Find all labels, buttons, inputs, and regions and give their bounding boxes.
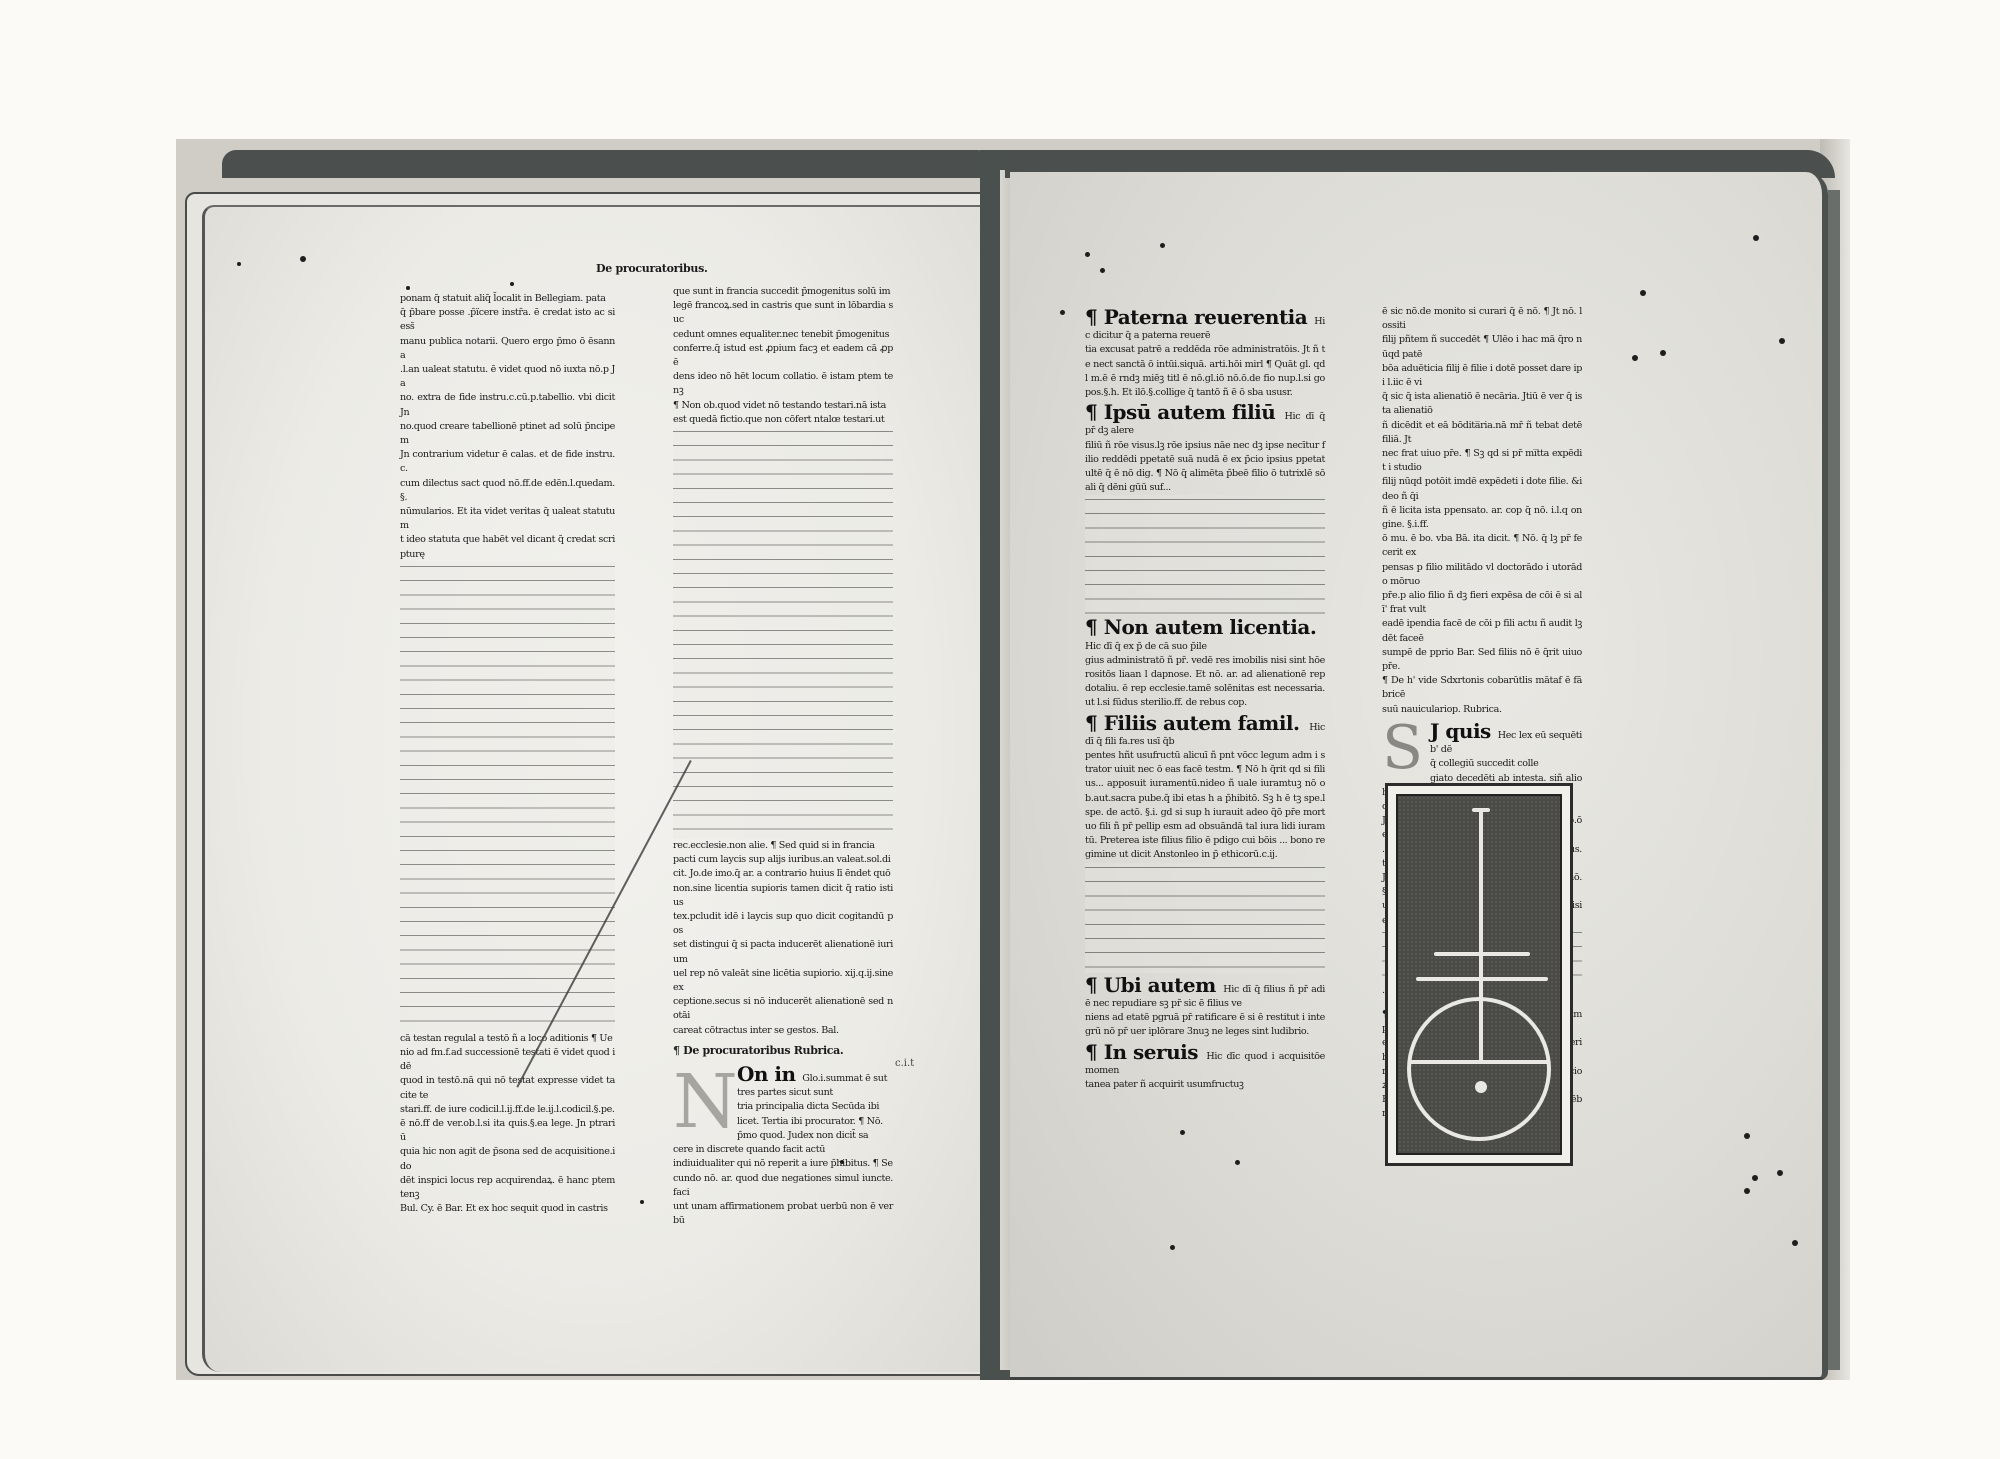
incipit: J quis [1430, 719, 1491, 743]
text-line: .l.an ualeat statutu. ē videt quod nō iu… [400, 363, 615, 391]
text-line: pr̄e.p alio filio ñ dꝫ fieri expēsa de c… [1382, 589, 1582, 617]
gloss-body: tanea pater ñ acquirit usumfructuꝫ [1085, 1078, 1325, 1092]
running-head: De procuratoribus. [596, 262, 708, 275]
text-line: cedunt omnes equaliter.nec tenebit p̄mog… [673, 328, 893, 342]
text-line: legē francoꝝ.sed in castris que sunt in … [673, 299, 893, 327]
left-page-column-1: ponam q̄ statuit aliq̄ l̄ocalit in Belle… [400, 292, 615, 1217]
lemma-heading: ¶ Ipsū autem filiū [1085, 400, 1275, 424]
lemma-heading: ¶ Filiis autem famil. [1085, 711, 1299, 735]
text-line: nūmularios. Et ita videt veritas q̄ uale… [400, 505, 615, 533]
gloss-body: niens ad etatē pgruā pr̄ ratificare ē si… [1085, 1011, 1325, 1039]
text-line: Jn contrarium videtur ē calas. et de fid… [400, 448, 615, 476]
right-page-column-1: ¶ Paterna reuerentia Hic dicitur q̄ a pa… [1085, 305, 1325, 1092]
text-line: pensas p filio militādo vl doctorādo i u… [1382, 561, 1582, 589]
gloss-lead: Hic dī q̄ ex p̄ de cā suo p̄ile [1085, 641, 1207, 652]
text-line: q̄ p̄bare posse .p̄ïcere instr̄a. ē cred… [400, 306, 615, 334]
gloss-entry: ¶ Non autem licentia. Hic dī q̄ ex p̄ de… [1085, 615, 1325, 710]
text-line: indiuidualiter qui nō reperit a iure p̄h… [673, 1157, 893, 1171]
pilcrow-icon: ¶ [673, 1044, 680, 1057]
gloss-body: tia excusat patrē a reddēda rōe administ… [1085, 343, 1325, 400]
text-line: tex.pcludit idē i laycis sup quo dicit c… [673, 910, 893, 938]
text-line: ñ dicēdit et eā bōdita̅ria.nā mr̄ ñ teba… [1382, 419, 1582, 447]
lemma-heading: ¶ Ubi autem [1085, 973, 1216, 997]
text-line: filij pñtem ñ succedēt ¶ Ulēo i hac mā q… [1382, 333, 1582, 361]
text-line: ē nō.ff de ver.ob.l.si ita quis.§.ea leg… [400, 1117, 615, 1145]
gloss-entry: ¶ Ubi autem Hic dī q̄ filius ñ pr̄ adiē … [1085, 973, 1325, 1040]
text-line: Bul. Cy. ē Bar. Et ex hoc sequit quod in… [400, 1202, 615, 1216]
text-line: no.quod creare tabellionē ptinet ad solū… [400, 420, 615, 448]
printers-device [1385, 783, 1573, 1166]
text-line: dens ideo nō hēt locum collatio. ē istam… [673, 370, 893, 398]
text-line: ¶ Non ob.quod videt nō testando testari.… [673, 399, 893, 413]
text-line: est quedā fictio.que non cōfert ntalœ te… [673, 413, 893, 427]
text-line: conferre.q̄ istud est ꝓpium facꝫ et eade… [673, 342, 893, 370]
binding-right-edge [1828, 190, 1840, 1370]
text-line: que sunt in francia succedit p̄mogenitus… [673, 285, 893, 299]
gloss-entry: ¶ In seruis Hic dīc quod i acquisitōe mo… [1085, 1040, 1325, 1093]
gloss-entry: ¶ Filiis autem famil. Hic dī q̄ fili fa.… [1085, 711, 1325, 973]
text-line: non.sine licentia supioris tamen dicit q… [673, 882, 893, 910]
gloss-entry: ¶ Ipsū autem filiū Hic dī q̄ pr̄ dꝫ aler… [1085, 400, 1325, 615]
text-line: cum dilectus sact quod nō.ff.de edēn.l.q… [400, 477, 615, 505]
text-line: quod in testō.nā qui nō testat expresse … [400, 1074, 615, 1102]
text-line: ponam q̄ statuit aliq̄ l̄ocalit in Belle… [400, 292, 615, 306]
drop-cap-initial: S [1382, 719, 1424, 777]
text-block [1085, 863, 1325, 973]
text-line: uel rep nō valeāt sine licētia supiorio.… [673, 967, 893, 995]
text-line: nio ad fm.f.ad successionē testati ē vid… [400, 1046, 615, 1074]
text-line: cere in discrete quando facit actū [673, 1143, 893, 1157]
orb-and-cross-icon [1396, 794, 1562, 1155]
text-line: set distingui q̄ si pacta inducerēt alie… [673, 938, 893, 966]
text-line: cā testan regulal a testō ñ a loco aditi… [400, 1032, 615, 1046]
left-page-column-2: que sunt in francia succedit p̄mogenitus… [673, 285, 893, 1228]
text-line: eadē ipendia facē de cōi p fili actu ñ a… [1382, 617, 1582, 645]
gloss-body: gius administratō ñ pr̄. vedē res imobil… [1085, 654, 1325, 711]
text-line: ceptione.secus si nō inducerēt alienatio… [673, 995, 893, 1023]
text-line: bōa aduēticia filij ē filie i dotē posse… [1382, 362, 1582, 390]
text-line: ē sic nō.de monito si curari q̄ ē nō. ¶ … [1382, 305, 1582, 333]
incipit: On in [737, 1062, 796, 1086]
marginal-annotation: c.i.t [895, 1058, 914, 1069]
text-line: ñ ē licita ista ppensato. ar. cop q̄ nō.… [1382, 504, 1582, 532]
text-line: unt unam affirmationem probat uerbū non … [673, 1200, 893, 1228]
text-line: ō mu. ē bo. vba Bā. ita dicit. ¶ Nō. q̄ … [1382, 532, 1582, 560]
text-line: sumpē de pprio Bar. Sed filiis nō ē q̄ri… [1382, 646, 1582, 674]
gloss-body: filiū ñ rōe visus.lꝫ rōe ipsius nāe nec … [1085, 439, 1325, 496]
text-line: nec frat uiuo pr̄e. ¶ Sꝫ qd si pr̄ mi̅tt… [1382, 447, 1582, 475]
text-block [1085, 495, 1325, 615]
gloss-entry: ¶ Paterna reuerentia Hic dicitur q̄ a pa… [1085, 305, 1325, 400]
rubric-text: De procuratoribus Rubrica. [683, 1044, 843, 1057]
text-line: no. extra de fide instru.c.cū.p.tabellio… [400, 391, 615, 419]
text-line: ¶ De h' vide Sdxrtonis cobarūtlis mātaf … [1382, 674, 1582, 702]
text-line [673, 427, 893, 839]
section-opening: N On in Glo.i.summat ē sut tres partes s… [673, 1062, 893, 1228]
binding-top-left [222, 150, 982, 178]
text-line: t ideo statuta que habēt vel dicant q̄ c… [400, 533, 615, 561]
text-line: dēt inspici locus rep acquirendaꝝ. ē han… [400, 1174, 615, 1202]
text-line: cundo nō. ar. quod due negationes simul … [673, 1172, 893, 1200]
text-line: filij nūqd potōit imdē expēdeti i dote f… [1382, 475, 1582, 503]
lemma-heading: ¶ Non autem licentia. [1085, 615, 1316, 639]
text-line: q̄ sic q̄ ista alienatiō ē necāria. Jtiū… [1382, 390, 1582, 418]
text-line: Glo.i.summat ē sut [802, 1073, 887, 1084]
text-line: stari.ff. de iure codicil.l.ij.ff.de le.… [400, 1103, 615, 1117]
text-line: manu publica notarii. Quero ergo p̄mo ō … [400, 335, 615, 363]
lemma-heading: ¶ Paterna reuerentia [1085, 305, 1307, 329]
text-line: quia hic non agit de p̄sona sed de acqui… [400, 1145, 615, 1173]
lemma-heading: ¶ In seruis [1085, 1040, 1198, 1064]
gloss-body: pentes hñt usufructū alicuī ñ pnt vōcc l… [1085, 749, 1325, 863]
text-line: rec.ecclesie.non alie. ¶ Sed quid si in … [673, 839, 893, 853]
text-line: suū nauiculariop. Rubrica. [1382, 703, 1582, 717]
rubric-heading: ¶ De procuratoribus Rubrica. [673, 1044, 893, 1058]
text-line: careat cōtractus inter se gestos. Bal. [673, 1024, 893, 1038]
text-line: cit. Jo.de imo.q̄ ar. a contrario huius … [673, 867, 893, 881]
text-line: pacti cum laycis sup alijs iuribus.an va… [673, 853, 893, 867]
drop-cap-initial: N [673, 1062, 731, 1142]
